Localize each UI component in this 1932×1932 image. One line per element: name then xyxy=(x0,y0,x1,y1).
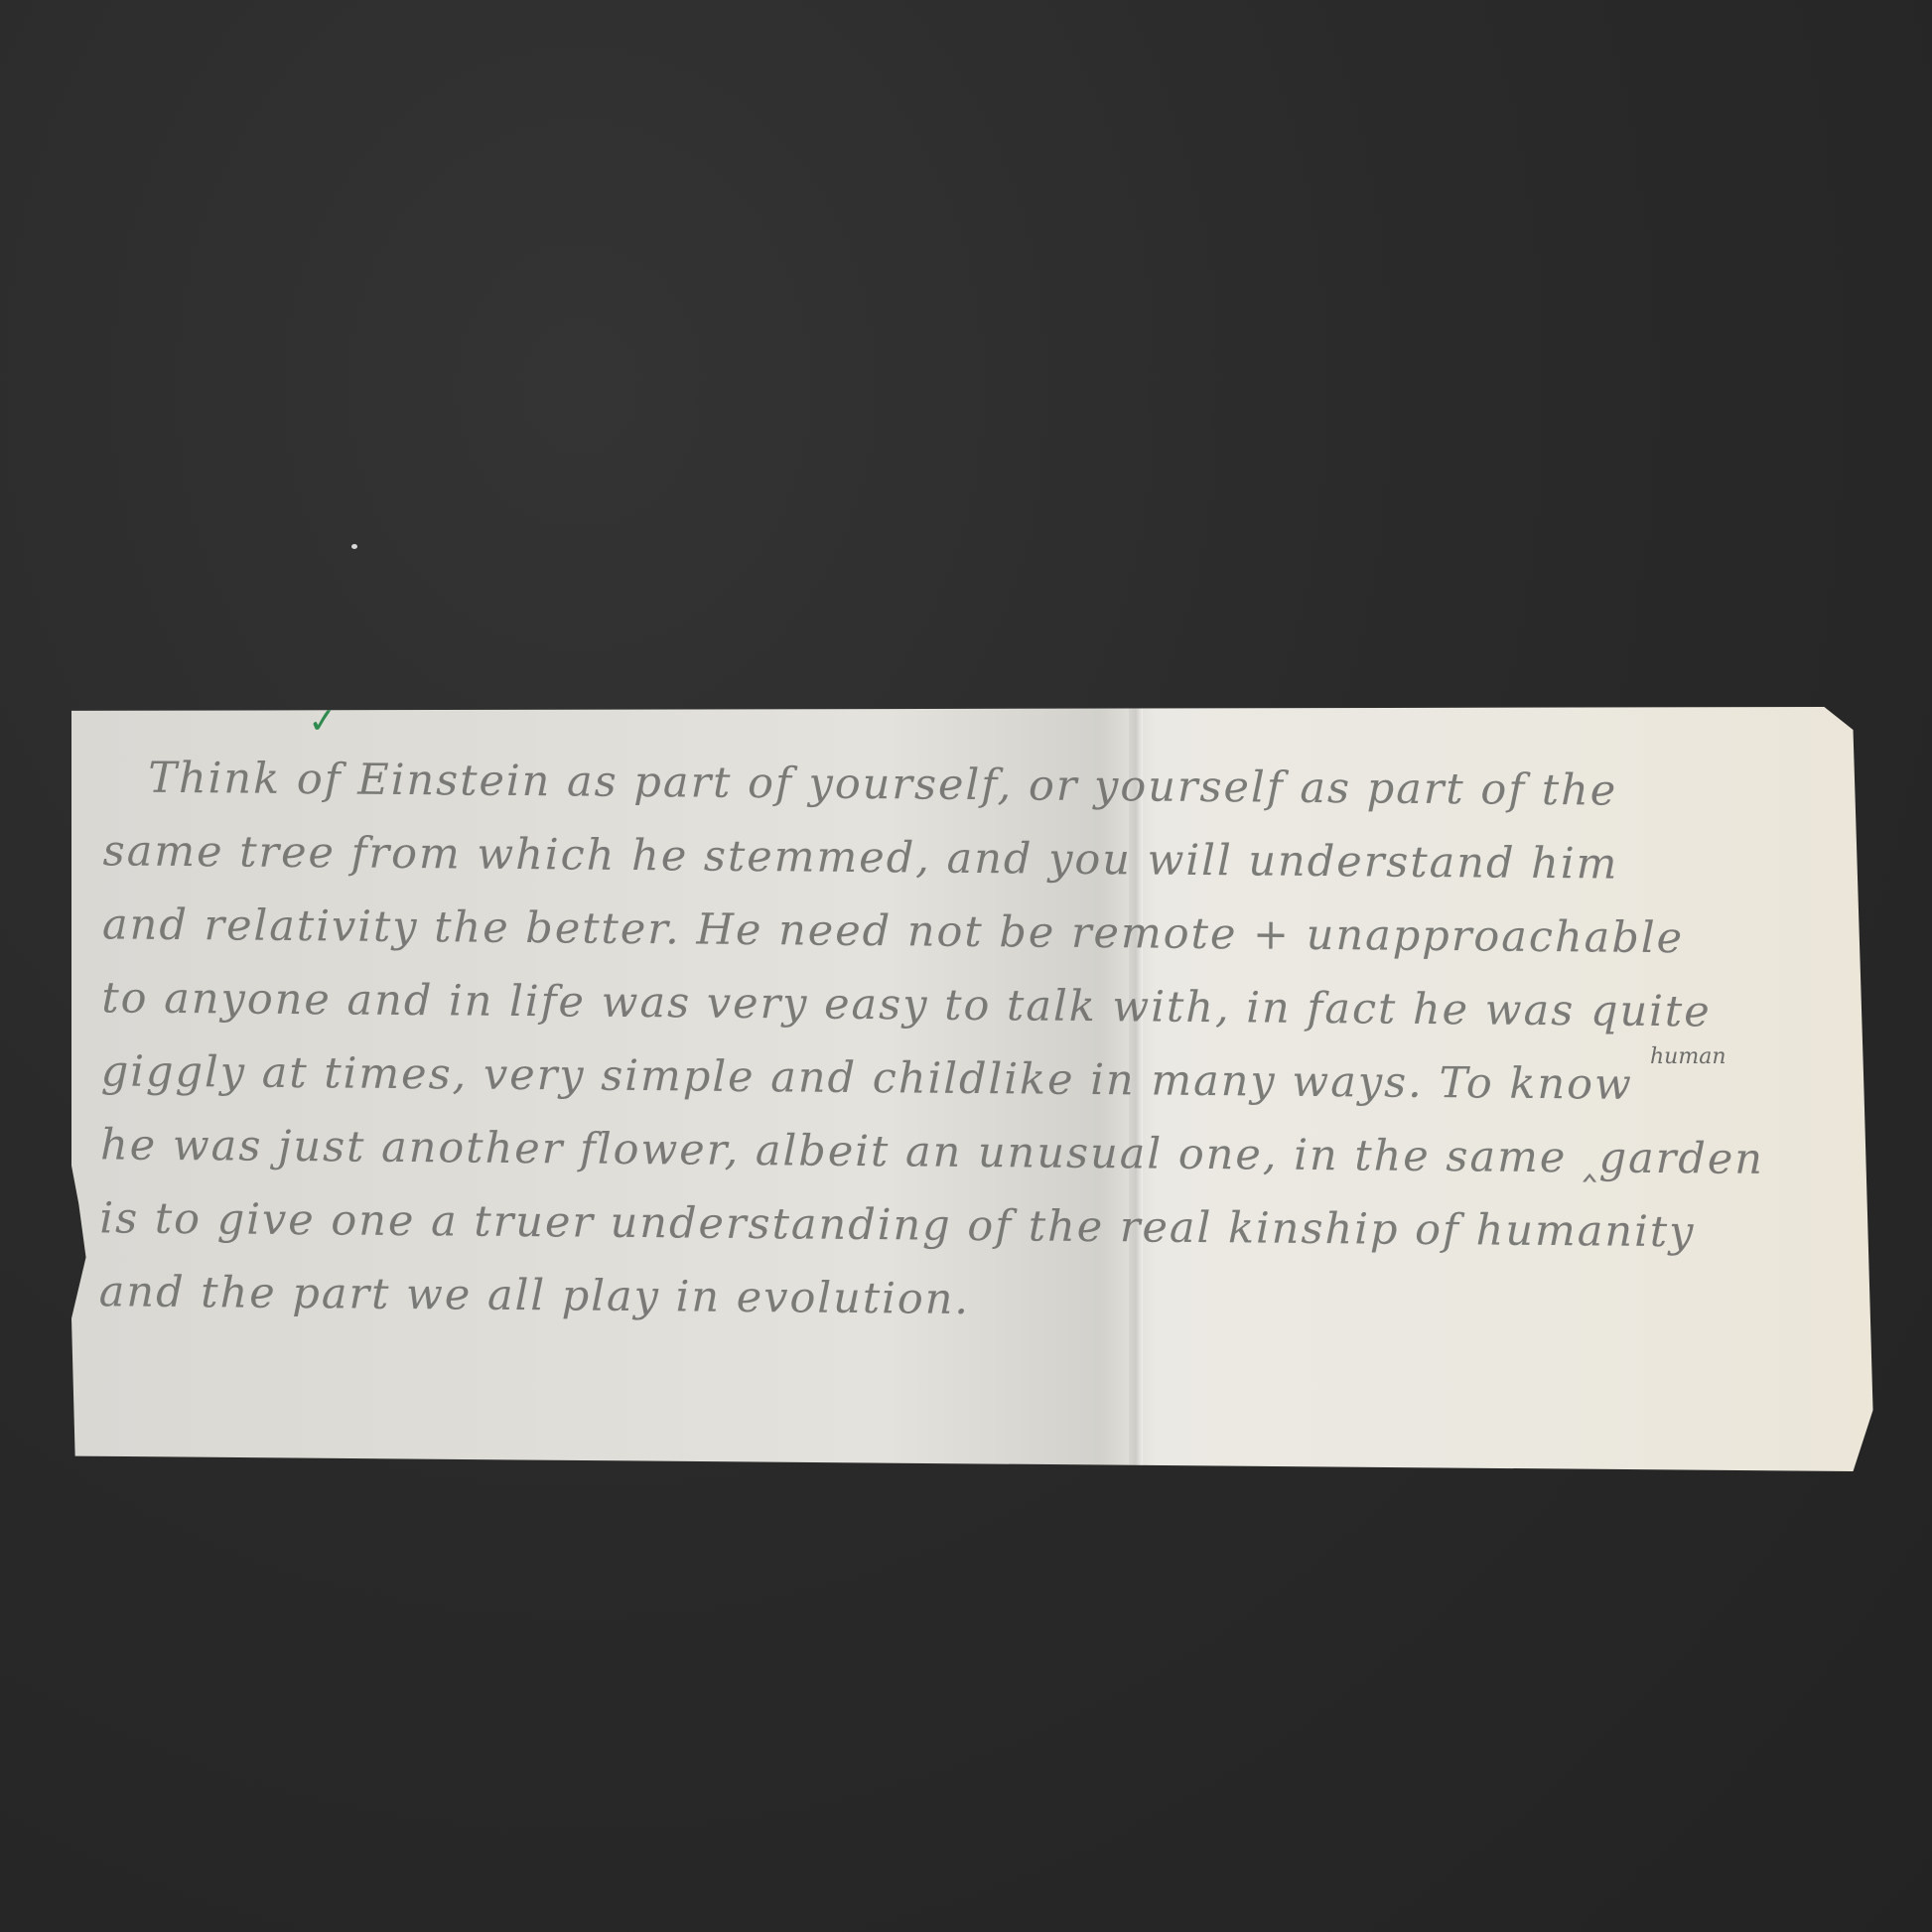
dust-speck xyxy=(351,544,357,549)
handwritten-note-paper: ✓ human Think of Einstein as part of you… xyxy=(71,707,1878,1471)
note-line-8: and the part we all play in evolution. xyxy=(98,1255,1847,1343)
note-text: Think of Einstein as part of yourself, o… xyxy=(98,741,1851,1343)
green-checkmark-icon: ✓ xyxy=(307,700,340,743)
